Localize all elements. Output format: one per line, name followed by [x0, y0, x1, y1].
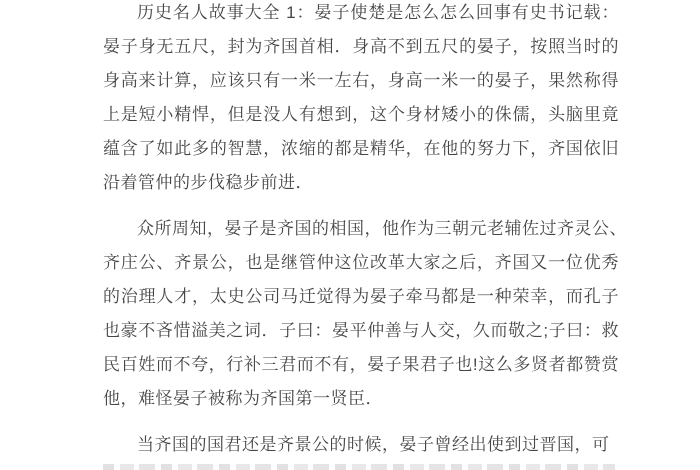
text-line: 民百姓而不夸，行补三君而不有，晏子果君子也!这么多贤者都赞赏 — [103, 348, 619, 382]
paragraph-2: 众所周知，晏子是齐国的相国，他作为三朝元老辅佐过齐灵公、 齐庄公、齐景公，也是继… — [103, 212, 619, 416]
text-line: 蕴含了如此多的智慧，浓缩的都是精华，在他的努力下，齐国依旧 — [103, 132, 619, 166]
text-line: 众所周知，晏子是齐国的相国，他作为三朝元老辅佐过齐灵公、 — [103, 212, 619, 246]
text-line: 沿着管仲的步伐稳步前进． — [103, 166, 619, 200]
text-line: 他，难怪晏子被称为齐国第一贤臣． — [103, 382, 619, 416]
article-page: 历史名人故事大全 1：晏子使楚是怎么怎么回事有史书记载： 晏子身无五尺，封为齐国… — [0, 0, 700, 470]
text-line: 历史名人故事大全 1：晏子使楚是怎么怎么回事有史书记载： — [103, 0, 619, 30]
text-line: 当齐国的国君还是齐景公的时候，晏子曾经出使到过晋国，可 — [103, 428, 619, 462]
text-line: 晏子身无五尺，封为齐国首相．身高不到五尺的晏子，按照当时的 — [103, 30, 619, 64]
clipped-next-line — [103, 464, 615, 470]
paragraph-1: 历史名人故事大全 1：晏子使楚是怎么怎么回事有史书记载： 晏子身无五尺，封为齐国… — [103, 0, 619, 200]
text-line: 上是短小精悍，但是没人有想到，这个身材矮小的侏儒，头脑里竟 — [103, 98, 619, 132]
article-body: 历史名人故事大全 1：晏子使楚是怎么怎么回事有史书记载： 晏子身无五尺，封为齐国… — [103, 0, 619, 470]
text-line: 身高来计算，应该只有一米一左右，身高一米一的晏子，果然称得 — [103, 64, 619, 98]
text-line: 的治理人才，太史公司马迁觉得为晏子牵马都是一种荣幸，而孔子 — [103, 280, 619, 314]
text-line: 也豪不吝惜溢美之词．子曰：晏平仲善与人交，久而敬之;子曰：救 — [103, 314, 619, 348]
paragraph-3: 当齐国的国君还是齐景公的时候，晏子曾经出使到过晋国，可 — [103, 428, 619, 462]
text-line: 齐庄公、齐景公，也是继管仲这位改革大家之后，齐国又一位优秀 — [103, 246, 619, 280]
